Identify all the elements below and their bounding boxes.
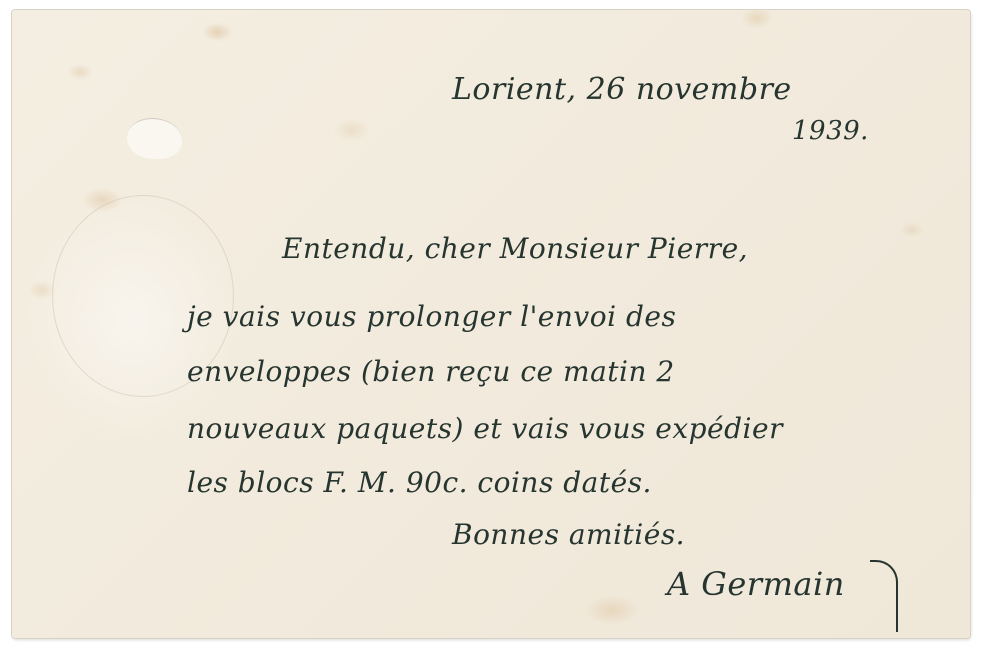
closing-line: Bonnes amitiés. xyxy=(452,518,685,551)
postcard: Lorient, 26 novembre 1939. Entendu, cher… xyxy=(12,10,970,638)
body-line-2: je vais vous prolonger l'envoi des xyxy=(187,300,676,333)
body-line-5: les blocs F. M. 90c. coins datés. xyxy=(187,466,652,499)
body-line-4: nouveaux paquets) et vais vous expédier xyxy=(187,412,783,445)
paper-scuff-mark xyxy=(127,118,182,159)
year-line: 1939. xyxy=(792,116,869,146)
signature-flourish xyxy=(870,560,898,632)
body-line-3: enveloppes (bien reçu ce matin 2 xyxy=(187,355,675,388)
place-date-line: Lorient, 26 novembre xyxy=(452,72,792,107)
signature: A Germain xyxy=(667,565,845,603)
body-line-1: Entendu, cher Monsieur Pierre, xyxy=(282,232,748,265)
